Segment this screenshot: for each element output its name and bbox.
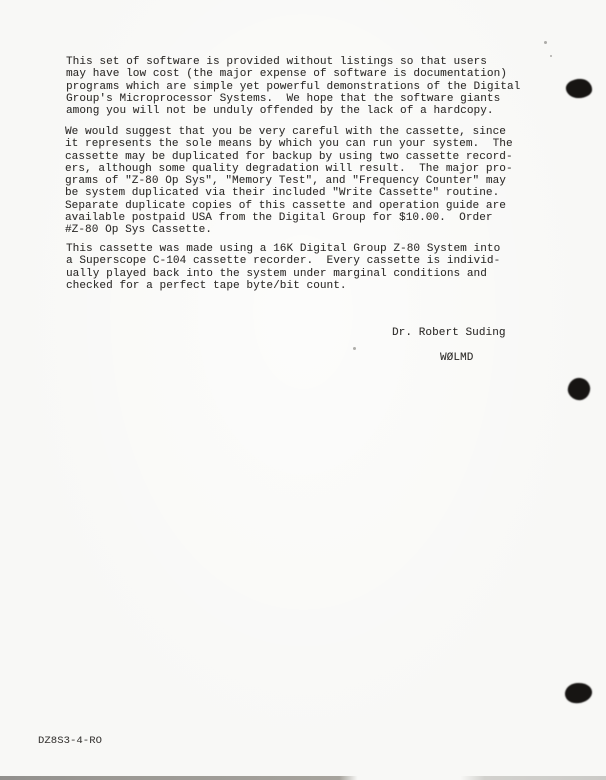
scan-edge-artifact [0,776,606,780]
paper-speck [550,55,552,57]
paper-speck [544,41,547,44]
ink-blob [564,682,593,705]
signature-name: Dr. Robert Suding [392,327,506,339]
ink-blob [566,79,592,98]
paragraph-cassette-production: This cassette was made using a 16K Digit… [66,243,500,292]
paragraph-software-no-listings: This set of software is provided without… [66,56,520,117]
signature-callsign: WØLMD [440,352,473,364]
ink-blob [567,377,592,402]
document-code: DZ8S3-4-RO [38,735,102,747]
paper-speck [353,347,356,350]
scanned-page: This set of software is provided without… [0,0,606,780]
paragraph-cassette-care: We would suggest that you be very carefu… [65,126,513,237]
